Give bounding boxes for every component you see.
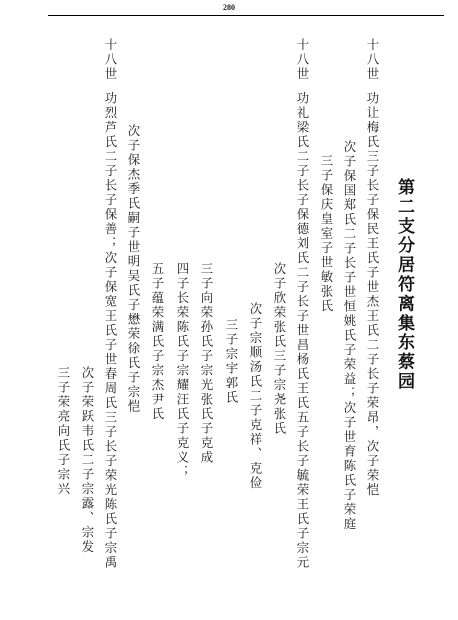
lineage-text: 次子宗顺汤氏二子克祥、克俭 <box>248 302 263 491</box>
generation-label: 十八世 <box>295 38 310 82</box>
genealogy-column-14: 三子荣亮向氏子宗兴 <box>56 366 70 497</box>
genealogy-column-12: 十八世功烈芦氏二子长子保善；次子保宽王氏子世春周氏三子长子荣光陈氏子宗禹 <box>103 38 117 570</box>
genealogy-column-3: 三子保庆皇室子世敏张氏 <box>319 154 333 314</box>
generation-label: 十八世 <box>103 38 118 82</box>
lineage-text: 五子蕴荣满氏子宗杰尹氏 <box>150 262 165 422</box>
genealogy-column-4: 十八世功礼梁氏二子长子保德刘氏二子长子世昌杨氏王氏五子长子毓荣王氏子宗元 <box>295 38 309 570</box>
lineage-text: 次子荣跃韦氏二子宗露、宗发 <box>80 366 95 555</box>
page-number: 280 <box>0 3 458 12</box>
lineage-text: 三子向荣孙氏子宗光张氏子克成 <box>199 262 214 465</box>
lineage-text: 三子荣亮向氏子宗兴 <box>56 366 71 497</box>
genealogy-column-11: 次子保杰季氏嗣子世明吴氏子懋荣徐氏子宗恺 <box>126 124 140 414</box>
genealogy-column-9: 四子长荣陈氏子宗耀汪氏子克义； <box>175 262 189 480</box>
lineage-text: 次子欣荣张氏三子宗尧张氏 <box>272 262 287 436</box>
lineage-text: 功礼梁氏二子长子保德刘氏二子长子世昌杨氏王氏五子长子毓荣王氏子宗元 <box>295 92 310 571</box>
lineage-text: 三子保庆皇室子世敏张氏 <box>319 154 334 314</box>
genealogy-column-10: 五子蕴荣满氏子宗杰尹氏 <box>150 262 164 422</box>
genealogy-column-6: 次子宗顺汤氏二子克祥、克俭 <box>248 302 262 491</box>
section-title: 第二支分居符离集东蔡园 <box>394 178 414 391</box>
generation-label: 十八世 <box>365 38 380 82</box>
lineage-text: 功让梅氏三子长子保民王氏子世杰王氏二子长子荣昂，次子荣恺 <box>365 92 380 498</box>
genealogy-column-8: 三子向荣孙氏子宗光张氏子克成 <box>199 262 213 465</box>
genealogy-column-13: 次子荣跃韦氏二子宗露、宗发 <box>80 366 94 555</box>
lineage-text: 次子保国郑氏二子长子世恒姚氏子荣益；次子世育陈氏子荣庭 <box>342 140 357 532</box>
lineage-text: 三子宗宇郭氏 <box>224 318 239 405</box>
header-rule <box>48 15 444 16</box>
genealogy-column-7: 三子宗宇郭氏 <box>224 318 238 405</box>
lineage-text: 次子保杰季氏嗣子世明吴氏子懋荣徐氏子宗恺 <box>126 124 141 414</box>
lineage-text: 功烈芦氏二子长子保善；次子保宽王氏子世春周氏三子长子荣光陈氏子宗禹 <box>103 92 118 571</box>
genealogy-column-2: 次子保国郑氏二子长子世恒姚氏子荣益；次子世育陈氏子荣庭 <box>342 140 356 532</box>
genealogy-column-1: 十八世功让梅氏三子长子保民王氏子世杰王氏二子长子荣昂，次子荣恺 <box>365 38 379 498</box>
genealogy-column-5: 次子欣荣张氏三子宗尧张氏 <box>272 262 286 436</box>
lineage-text: 四子长荣陈氏子宗耀汪氏子克义； <box>175 262 190 480</box>
